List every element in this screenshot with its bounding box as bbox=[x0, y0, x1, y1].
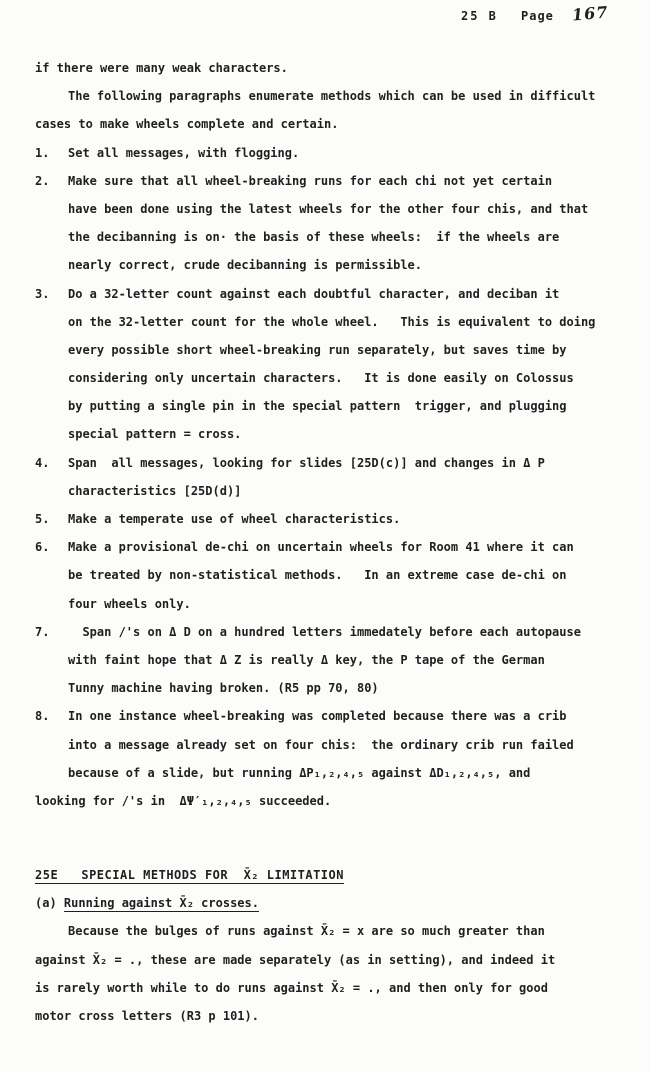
list-item-line: characteristics [25D(d)] bbox=[35, 477, 641, 505]
list-item-line: Span all messages, looking for slides [2… bbox=[68, 456, 545, 470]
section-heading: 25E SPECIAL METHODS FOR X̄₂ LIMITATION bbox=[35, 861, 641, 889]
section-reference: 25 B bbox=[461, 9, 498, 23]
list-item-line: special pattern = cross. bbox=[35, 420, 641, 448]
page-label: Page bbox=[521, 9, 554, 23]
list-item-3: 3.Do a 32-letter count against each doub… bbox=[35, 280, 641, 308]
list-item-line: by putting a single pin in the special p… bbox=[35, 392, 641, 420]
list-item-line: into a message already set on four chis:… bbox=[35, 731, 641, 759]
list-item-line: Tunny machine having broken. (R5 pp 70, … bbox=[35, 674, 641, 702]
intro-line: cases to make wheels complete and certai… bbox=[35, 110, 641, 138]
list-item-line: Make a provisional de-chi on uncertain w… bbox=[68, 540, 574, 554]
intro-line: if there were many weak characters. bbox=[35, 54, 641, 82]
list-item-line: Span /'s on Δ D on a hundred letters imm… bbox=[68, 625, 581, 639]
list-item-number: 6. bbox=[35, 533, 68, 561]
list-item-line: on the 32-letter count for the whole whe… bbox=[35, 308, 641, 336]
subsection-heading: (a) Running against X̄₂ crosses. bbox=[35, 889, 641, 917]
list-item-line: four wheels only. bbox=[35, 590, 641, 618]
list-item-number: 5. bbox=[35, 505, 68, 533]
list-item-number: 8. bbox=[35, 702, 68, 730]
list-item-line: In one instance wheel-breaking was compl… bbox=[68, 709, 567, 723]
paragraph-line: motor cross letters (R3 p 101). bbox=[35, 1002, 641, 1030]
list-item-line: have been done using the latest wheels f… bbox=[35, 195, 641, 223]
list-item-1: 1.Set all messages, with flogging. bbox=[35, 139, 641, 167]
list-item-line: nearly correct, crude decibanning is per… bbox=[35, 251, 641, 279]
list-item-6: 6.Make a provisional de-chi on uncertain… bbox=[35, 533, 641, 561]
list-item-line: every possible short wheel-breaking run … bbox=[35, 336, 641, 364]
outdented-line: looking for /'s in ΔΨ′₁,₂,₄,₅ succeeded. bbox=[35, 787, 641, 815]
list-item-2: 2.Make sure that all wheel-breaking runs… bbox=[35, 167, 641, 195]
page-header: 25 B Page 167 bbox=[0, 7, 650, 29]
list-item-number: 3. bbox=[35, 280, 68, 308]
handwritten-page-number: 167 bbox=[571, 2, 609, 24]
document-page: 25 B Page 167 if there were many weak ch… bbox=[0, 0, 650, 1072]
paragraph-line: is rarely worth while to do runs against… bbox=[35, 974, 641, 1002]
paragraph-line: against X̄₂ = ., these are made separate… bbox=[35, 946, 641, 974]
list-item-line: Do a 32-letter count against each doubtf… bbox=[68, 287, 559, 301]
list-item-line: Set all messages, with flogging. bbox=[68, 146, 299, 160]
list-item-line: considering only uncertain characters. I… bbox=[35, 364, 641, 392]
list-item-7: 7. Span /'s on Δ D on a hundred letters … bbox=[35, 618, 641, 646]
list-item-number: 4. bbox=[35, 449, 68, 477]
document-body: if there were many weak characters. The … bbox=[35, 54, 641, 1030]
list-item-line: because of a slide, but running ΔP₁,₂,₄,… bbox=[35, 759, 641, 787]
list-item-line: be treated by non-statistical methods. I… bbox=[35, 561, 641, 589]
intro-line: The following paragraphs enumerate metho… bbox=[35, 82, 641, 110]
subsection-title: Running against X̄₂ crosses. bbox=[64, 896, 259, 912]
list-item-8: 8.In one instance wheel-breaking was com… bbox=[35, 702, 641, 730]
list-item-number: 1. bbox=[35, 139, 68, 167]
paragraph-line: Because the bulges of runs against X̄₂ =… bbox=[35, 917, 641, 945]
list-item-line: Make a temperate use of wheel characteri… bbox=[68, 512, 400, 526]
list-item-number: 7. bbox=[35, 618, 68, 646]
list-item-5: 5.Make a temperate use of wheel characte… bbox=[35, 505, 641, 533]
list-item-line: Make sure that all wheel-breaking runs f… bbox=[68, 174, 552, 188]
list-item-line: with faint hope that Δ Z is really Δ key… bbox=[35, 646, 641, 674]
section-heading-text: 25E SPECIAL METHODS FOR X̄₂ LIMITATION bbox=[35, 868, 344, 884]
list-item-number: 2. bbox=[35, 167, 68, 195]
subsection-label: (a) bbox=[35, 896, 64, 910]
list-item-4: 4.Span all messages, looking for slides … bbox=[35, 449, 641, 477]
list-item-line: the decibanning is on· the basis of thes… bbox=[35, 223, 641, 251]
